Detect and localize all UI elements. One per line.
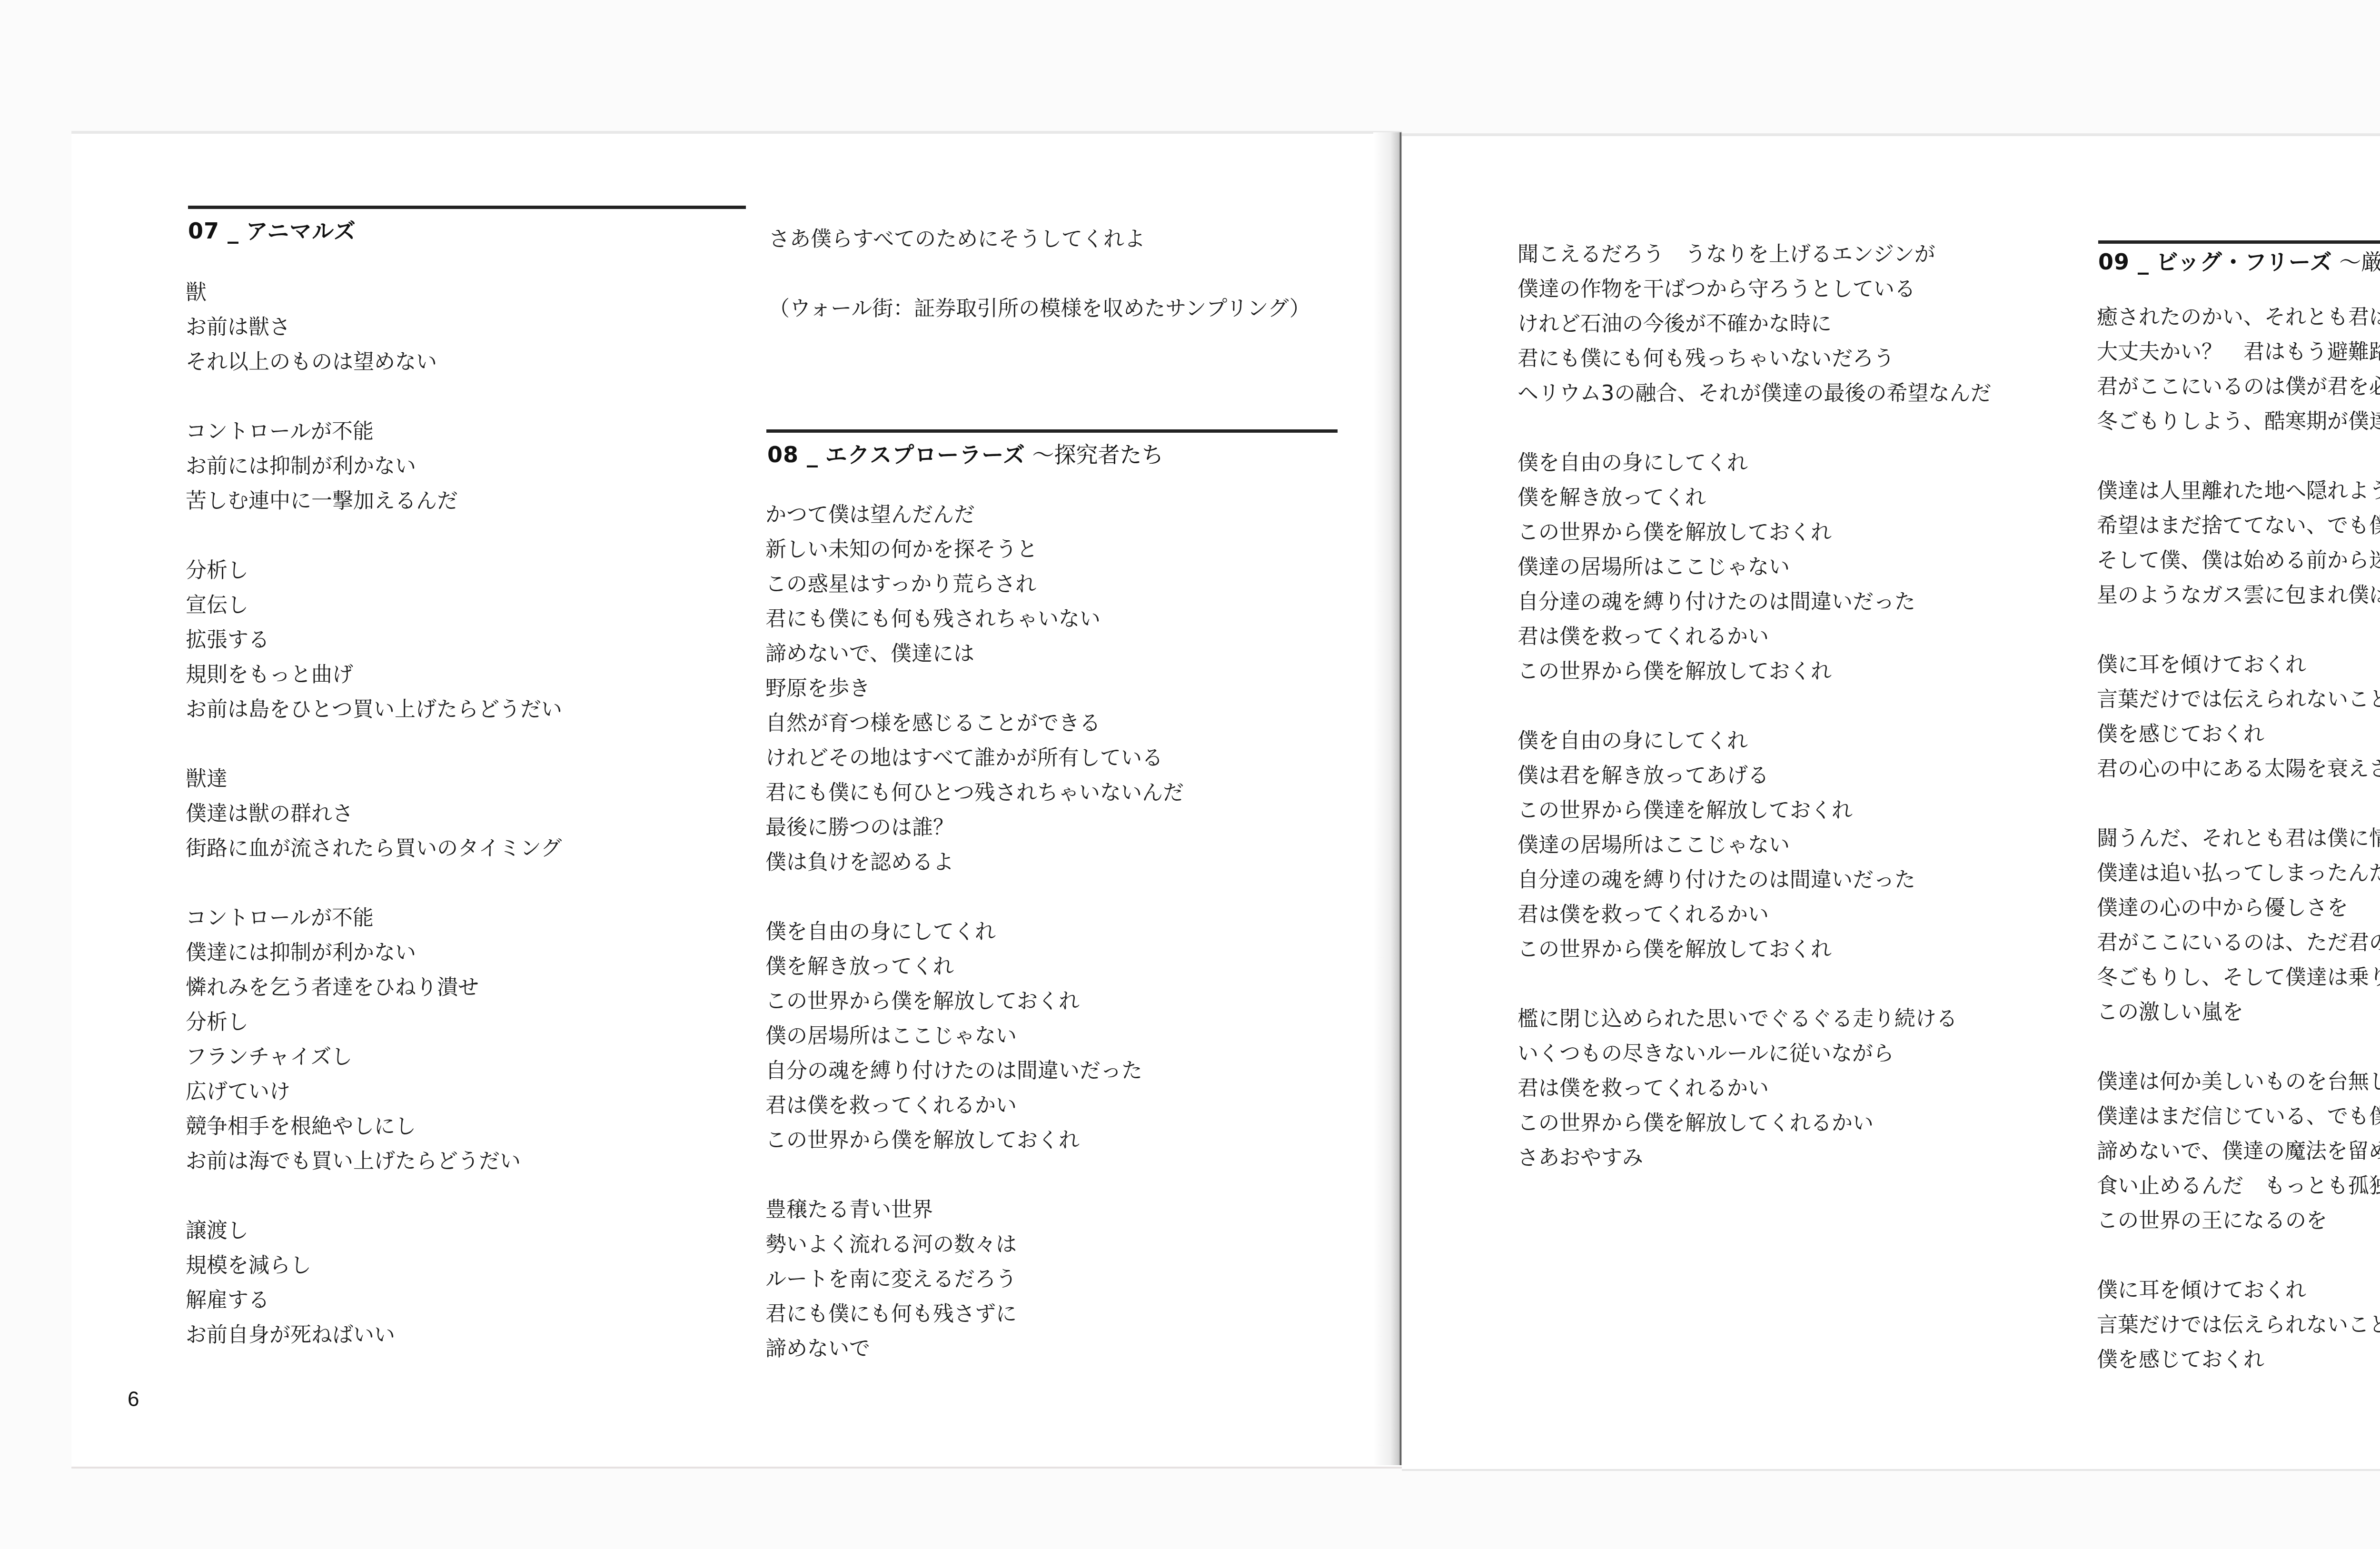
song-09-heading-rule xyxy=(2098,240,2380,244)
lyric-line: 自分の魂を縛り付けたのは間違いだった xyxy=(765,1053,1184,1088)
lyric-line: かつて僕は望んだんだ xyxy=(765,497,1184,532)
song-08-title: エクスプローラーズ xyxy=(825,442,1025,467)
lyric-line: 僕を解き放ってくれ xyxy=(1517,480,1992,515)
lyric-line: 冬ごもりし、そして僕達は乗り越えられるだろうか？ xyxy=(2097,960,2380,995)
lyric-line: 僕を自由の身にしてくれ xyxy=(1517,446,1992,480)
lyric-line: 規模を減らし xyxy=(186,1248,562,1283)
stanza-break xyxy=(769,257,1310,291)
lyric-line: ヘリウム3の融合、それが僕達の最後の希望なんだ xyxy=(1517,376,1992,411)
song-08-lyrics: かつて僕は望んだんだ新しい未知の何かを探そうとこの惑星はすっかり荒らされ君にも僕… xyxy=(765,497,1184,1366)
lyric-line: 君にも僕にも何も残っちゃいないだろう xyxy=(1517,341,1992,376)
lyric-line: 君がここにいるのは、ただ君の勝ちを証明したいから？ xyxy=(2097,925,2380,960)
lyric-line: 僕達には抑制が利かない xyxy=(186,935,562,970)
lyric-line: （ウォール街：証券取引所の模様を収めたサンプリング） xyxy=(769,291,1310,326)
lyric-line: 僕は君を解き放ってあげる xyxy=(1517,758,1992,793)
lyric-line: 解雇する xyxy=(186,1283,562,1318)
lyric-line: 僕達の心の中から優しさを xyxy=(2097,891,2380,925)
lyric-line: けれどその地はすべて誰かが所有している xyxy=(765,741,1184,775)
stanza-break xyxy=(186,866,562,901)
lyric-line: この激しい嵐を xyxy=(2097,995,2380,1030)
lyric-line: 僕を解き放ってくれ xyxy=(765,949,1184,984)
lyric-line: 新しい未知の何かを探そうと xyxy=(765,532,1184,567)
lyric-line: 僕達の居場所はここじゃない xyxy=(1517,828,1992,863)
lyric-line: 君にも僕にも何も残さずに xyxy=(765,1297,1184,1331)
lyric-line: 癒されたのかい、それとも君はまだ動揺しているの？ xyxy=(2097,300,2380,335)
lyric-line: 諦めないで、僕達の魔法を留めておくんだ xyxy=(2097,1134,2380,1169)
lyric-line: 君の心の中にある太陽を衰えさせないで xyxy=(2097,752,2380,786)
song-09-number: 09 _ xyxy=(2098,249,2149,275)
lyric-line: お前は島をひとつ買い上げたらどうだい xyxy=(186,692,562,727)
lyric-line: 分析し xyxy=(186,553,562,588)
lyric-line: 広げていけ xyxy=(186,1074,562,1109)
song-09-heading: 09 _ ビッグ・フリーズ ～厳寒期の訪れ xyxy=(2098,248,2380,276)
song-07-heading: 07 _ アニマルズ xyxy=(188,217,356,245)
lyric-line: 規則をもっと曲げ xyxy=(186,657,562,692)
song-09-lyrics: 癒されたのかい、それとも君はまだ動揺しているの？大丈夫かい？ 君はもう避難路を見… xyxy=(2097,300,2380,1377)
lyric-line: 言葉だけでは伝えられないことを xyxy=(2097,1308,2380,1342)
lyric-line: 君は僕を救ってくれるかい xyxy=(1517,897,1992,932)
lyric-line: この世界から僕を解放しておくれ xyxy=(765,984,1184,1019)
lyric-line: コントロールが不能 xyxy=(186,901,562,935)
lyric-line: 聞こえるだろう うなりを上げるエンジンが xyxy=(1517,237,1992,272)
lyric-line: 自然が育つ様を感じることができる xyxy=(765,706,1184,741)
lyric-line: 君がここにいるのは僕が君を必要としているから？ xyxy=(2097,369,2380,404)
page-number-left: 6 xyxy=(128,1388,139,1411)
stanza-break xyxy=(765,880,1184,914)
lyric-line: 君は僕を救ってくれるかい xyxy=(765,1088,1184,1123)
song-08-heading: 08 _ エクスプローラーズ ～探究者たち xyxy=(767,440,1164,469)
lyric-line: 豊穣たる青い世界 xyxy=(765,1192,1184,1227)
song-07-lyrics-continued: さあ僕らすべてのためにそうしてくれよ（ウォール街：証券取引所の模様を収めたサンプ… xyxy=(769,222,1310,326)
lyric-line: 僕に耳を傾けておくれ xyxy=(2097,647,2380,682)
stanza-break xyxy=(186,1179,562,1213)
lyric-line: この惑星はすっかり荒らされ xyxy=(765,567,1184,602)
song-07-heading-rule xyxy=(188,206,746,209)
lyric-line: 僕を感じておくれ xyxy=(2097,1342,2380,1377)
lyric-line: 言葉だけでは伝えられないことを xyxy=(2097,682,2380,717)
lyric-line: 僕を自由の身にしてくれ xyxy=(765,914,1184,949)
stanza-break xyxy=(186,727,562,762)
lyric-line: 諦めないで xyxy=(765,1331,1184,1366)
lyric-line: この世界から僕を解放しておくれ xyxy=(1517,654,1992,689)
song-08-heading-rule xyxy=(766,429,1338,433)
lyric-line: さあおやすみ xyxy=(1517,1141,1992,1175)
lyric-line: 譲渡し xyxy=(186,1213,562,1248)
lyric-line: この世界の王になるのを xyxy=(2097,1203,2380,1238)
lyric-line: ルートを南に変えるだろう xyxy=(765,1262,1184,1297)
song-07-lyrics: 獣お前は獣さそれ以上のものは望めないコントロールが不能お前には抑制が利かない苦し… xyxy=(186,275,562,1352)
lyric-line: 僕達はまだ信じている、でも僕達の真実は同じじゃない xyxy=(2097,1099,2380,1134)
lyric-line: 自分達の魂を縛り付けたのは間違いだった xyxy=(1517,863,1992,897)
lyric-line: 僕達は何か美しいものを台無しにしてしまったんだ xyxy=(2097,1064,2380,1099)
lyric-line: 君は僕を救ってくれるかい xyxy=(1517,1071,1992,1106)
stanza-break xyxy=(2097,1238,2380,1273)
lyric-line: 僕は負けを認めるよ xyxy=(765,845,1184,880)
lyric-line: それ以上のものは望めない xyxy=(186,345,562,379)
lyric-line: 僕達は人里離れた地へ隠れようとしている xyxy=(2097,474,2380,508)
stanza-break xyxy=(1517,411,1992,446)
lyric-line: 街路に血が流されたら買いのタイミング xyxy=(186,831,562,866)
lyric-line: フランチャイズし xyxy=(186,1040,562,1074)
lyric-line: この世界から僕を解放しておくれ xyxy=(1517,932,1992,967)
lyric-line: 僕達は獣の群れさ xyxy=(186,796,562,831)
lyric-line: 苦しむ連中に一撃加えるんだ xyxy=(186,484,562,518)
stanza-break xyxy=(2097,613,2380,647)
stanza-break xyxy=(186,379,562,414)
stanza-break xyxy=(2097,1030,2380,1064)
lyric-line: 憐れみを乞う者達をひねり潰せ xyxy=(186,970,562,1005)
song-07-number: 07 _ xyxy=(188,218,239,244)
lyric-line: そして僕、僕は始める前から迷ってしまった xyxy=(2097,543,2380,578)
lyric-line: 闘うんだ、それとも君は僕に情けをかけてくれる？ xyxy=(2097,821,2380,856)
lyric-line: 諦めないで、僕達には xyxy=(765,636,1184,671)
song-08-lyrics-continued: 聞こえるだろう うなりを上げるエンジンが僕達の作物を干ばつから守ろうとしているけ… xyxy=(1517,237,1992,1175)
lyric-line: 僕に耳を傾けておくれ xyxy=(2097,1273,2380,1308)
lyric-line: この世界から僕を解放しておくれ xyxy=(765,1123,1184,1158)
lyric-line: 僕達は追い払ってしまったんだ xyxy=(2097,856,2380,891)
lyric-line: お前自身が死ねばいい xyxy=(186,1318,562,1352)
lyric-line: 希望はまだ捨ててない、でも僕達の夢はひとつじゃない xyxy=(2097,508,2380,543)
lyric-line: 星のようなガス雲に包まれ僕は挫折していく xyxy=(2097,578,2380,613)
stanza-break xyxy=(765,1158,1184,1192)
lyric-line: 君は僕を救ってくれるかい xyxy=(1517,619,1992,654)
lyric-line: 自分達の魂を縛り付けたのは間違いだった xyxy=(1517,585,1992,619)
lyric-line: お前には抑制が利かない xyxy=(186,449,562,484)
lyric-line: いくつもの尽きないルールに従いながら xyxy=(1517,1036,1992,1071)
lyric-line: コントロールが不能 xyxy=(186,414,562,449)
lyric-line: 勢いよく流れる河の数々は xyxy=(765,1227,1184,1262)
lyric-line: 僕を自由の身にしてくれ xyxy=(1517,724,1992,758)
lyric-line: 食い止めるんだ もっとも孤独な力が xyxy=(2097,1169,2380,1203)
lyric-line: 檻に閉じ込められた思いでぐるぐる走り続ける xyxy=(1517,1002,1992,1036)
lyric-line: 獣達 xyxy=(186,762,562,796)
lyric-line: 君にも僕にも何も残されちゃいない xyxy=(765,602,1184,636)
lyric-line: 分析し xyxy=(186,1005,562,1040)
lyric-line: 僕の居場所はここじゃない xyxy=(765,1019,1184,1053)
lyric-line: 大丈夫かい？ 君はもう避難路を見つけたの？ xyxy=(2097,335,2380,369)
lyric-line: 獣 xyxy=(186,275,562,310)
lyric-line: お前は海でも買い上げたらどうだい xyxy=(186,1144,562,1179)
song-09-title: ビッグ・フリーズ xyxy=(2156,249,2332,275)
lyric-line: 拡張する xyxy=(186,623,562,657)
song-07-title: アニマルズ xyxy=(246,218,356,244)
lyric-line: 最後に勝つのは誰？ xyxy=(765,810,1184,845)
song-08-number: 08 _ xyxy=(767,442,818,467)
lyric-line: けれど石油の今後が不確かな時に xyxy=(1517,307,1992,341)
lyric-line: この世界から僕を解放しておくれ xyxy=(1517,515,1992,550)
stanza-break xyxy=(186,518,562,553)
lyric-line: 僕達の居場所はここじゃない xyxy=(1517,550,1992,585)
lyric-line: 君にも僕にも何ひとつ残されちゃいないんだ xyxy=(765,775,1184,810)
booklet-spine xyxy=(1373,132,1402,1465)
lyric-line: この世界から僕を解放してくれるかい xyxy=(1517,1106,1992,1141)
stanza-break xyxy=(2097,439,2380,474)
lyric-line: この世界から僕達を解放しておくれ xyxy=(1517,793,1992,828)
song-09-subtitle: ～厳寒期の訪れ xyxy=(2339,249,2380,275)
lyric-line: 僕達の作物を干ばつから守ろうとしている xyxy=(1517,272,1992,307)
lyric-line: 宣伝し xyxy=(186,588,562,623)
stanza-break xyxy=(2097,786,2380,821)
lyric-line: 冬ごもりしよう、酷寒期が僕達に迫りつつある xyxy=(2097,404,2380,439)
lyric-line: さあ僕らすべてのためにそうしてくれよ xyxy=(769,222,1310,257)
song-08-subtitle: ～探究者たち xyxy=(1032,442,1164,467)
stanza-break xyxy=(1517,689,1992,724)
lyric-line: お前は獣さ xyxy=(186,310,562,345)
lyric-line: 僕を感じておくれ xyxy=(2097,717,2380,752)
lyric-line: 競争相手を根絶やしにし xyxy=(186,1109,562,1144)
lyric-line: 野原を歩き xyxy=(765,671,1184,706)
stanza-break xyxy=(1517,967,1992,1002)
